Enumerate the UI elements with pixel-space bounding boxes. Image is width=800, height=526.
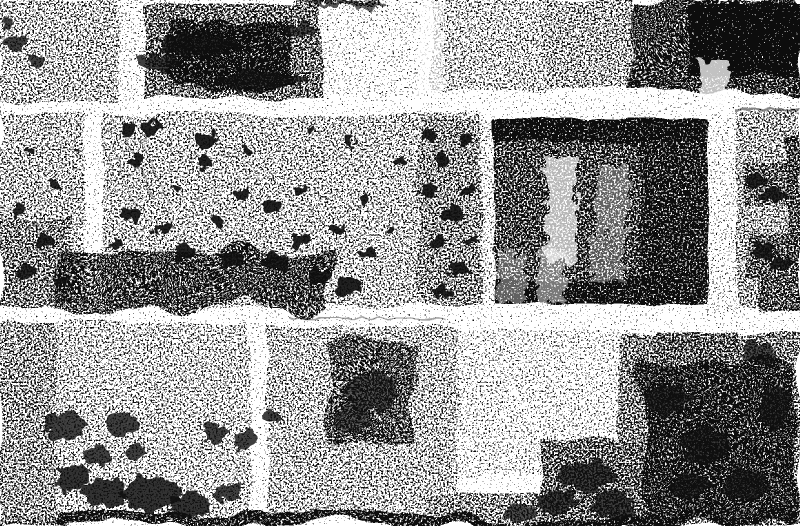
texture-canvas — [0, 0, 800, 526]
ink-blob — [210, 71, 306, 89]
bottom-dark-band-fade — [0, 517, 70, 526]
highlight-streak — [546, 158, 576, 262]
ink-blob — [154, 224, 170, 236]
ink-blob — [59, 465, 89, 491]
brick-mid-bottom-dark-warp-group — [55, 252, 330, 306]
ink-blob — [436, 153, 454, 167]
ink-blob — [750, 241, 774, 259]
ink-blob — [122, 444, 144, 460]
ink-blob — [422, 129, 438, 141]
ink-blob — [533, 490, 577, 514]
ink-blob — [194, 133, 216, 149]
ink-blob — [346, 372, 398, 412]
brick-mid-bottom-dark — [55, 252, 330, 306]
ink-blob — [588, 492, 636, 518]
ink-blob — [138, 53, 182, 71]
ink-blob — [104, 414, 136, 436]
ink-blob — [295, 186, 305, 194]
ink-blob — [160, 32, 240, 56]
ink-blob — [442, 208, 462, 222]
ink-blob — [170, 183, 182, 193]
ink-blob — [264, 410, 280, 422]
ink-blob — [214, 482, 242, 502]
ink-blob — [347, 136, 357, 144]
ink-blob — [334, 277, 362, 295]
ink-blob — [307, 268, 329, 284]
highlight-streak — [418, 0, 444, 94]
ink-blob — [293, 235, 307, 245]
brick-dark-right — [640, 126, 708, 300]
ink-blob — [261, 201, 279, 215]
ink-blob — [54, 276, 70, 288]
ink-blob — [25, 146, 35, 154]
ink-blob — [464, 185, 476, 195]
bottom-dark-band-warp-group — [60, 514, 800, 526]
ink-blob — [448, 263, 468, 277]
ink-blob — [427, 237, 445, 251]
highlight-streak — [538, 250, 566, 302]
ink-blob — [463, 235, 477, 245]
ink-blob — [121, 124, 135, 136]
joint-line — [735, 109, 800, 110]
ink-blob — [212, 217, 224, 227]
ink-blob — [37, 234, 53, 246]
grunge-brick-texture-image — [0, 0, 800, 526]
brick-top-mid2 — [544, 0, 632, 88]
highlight-streak — [497, 252, 525, 302]
ink-blob — [235, 191, 249, 201]
mortar-vertical-right — [708, 112, 736, 312]
brick-mid-right-low — [758, 274, 800, 312]
mortar-gap-speckle — [478, 116, 494, 306]
ink-blob — [234, 432, 256, 448]
ink-blob — [166, 493, 210, 517]
bottom-dark-band — [60, 514, 800, 526]
ink-blob — [504, 503, 536, 521]
brick-top-gap2 — [320, 0, 428, 96]
ink-blob — [5, 38, 25, 52]
ink-blob — [743, 341, 777, 363]
ink-blob — [360, 249, 376, 259]
ink-blob — [385, 226, 395, 234]
ink-blob — [13, 205, 27, 215]
highlight-streak — [590, 236, 624, 282]
ink-blob — [760, 385, 790, 429]
ink-blob — [71, 147, 79, 153]
ink-blob — [458, 135, 472, 145]
ink-blob — [332, 226, 344, 234]
ink-blob — [83, 445, 109, 465]
ink-blob — [202, 422, 228, 442]
ink-blob — [241, 146, 251, 154]
ink-blob — [646, 385, 690, 415]
brick-bottom-right-top — [655, 330, 737, 372]
ink-blob — [199, 156, 215, 168]
ink-blob — [306, 127, 314, 133]
ink-blob — [557, 460, 613, 490]
ink-blob — [16, 265, 34, 279]
ink-blob — [263, 253, 289, 271]
ink-blob — [772, 255, 792, 269]
ink-blob — [110, 240, 124, 252]
ink-blob — [83, 478, 127, 508]
ink-blob — [175, 245, 195, 259]
ink-blob — [721, 470, 769, 500]
ink-blob — [424, 184, 440, 196]
ink-blob — [46, 412, 86, 440]
ink-blob — [143, 121, 161, 135]
brick-top-mid — [432, 0, 544, 92]
ink-blob — [27, 54, 43, 66]
ink-blob — [745, 173, 765, 187]
ink-blob — [2, 20, 14, 30]
ink-blob — [284, 24, 316, 40]
ink-blob — [396, 157, 404, 163]
ink-blob — [334, 406, 370, 434]
highlight-streak — [598, 165, 628, 235]
brick-mid-right-edge — [786, 134, 800, 266]
ink-blob — [670, 474, 710, 500]
ink-blob — [49, 180, 61, 190]
joint-line — [290, 318, 445, 319]
highlight-streak — [700, 60, 730, 102]
ink-blob — [763, 187, 787, 203]
ink-blob — [218, 250, 242, 266]
brick-bottom-left-edge — [0, 322, 56, 518]
ink-blob — [359, 196, 371, 204]
mortar-vertical-bottom — [250, 326, 266, 518]
ink-blob — [350, 3, 386, 9]
ink-blob — [679, 428, 731, 462]
ink-blob — [433, 286, 451, 298]
